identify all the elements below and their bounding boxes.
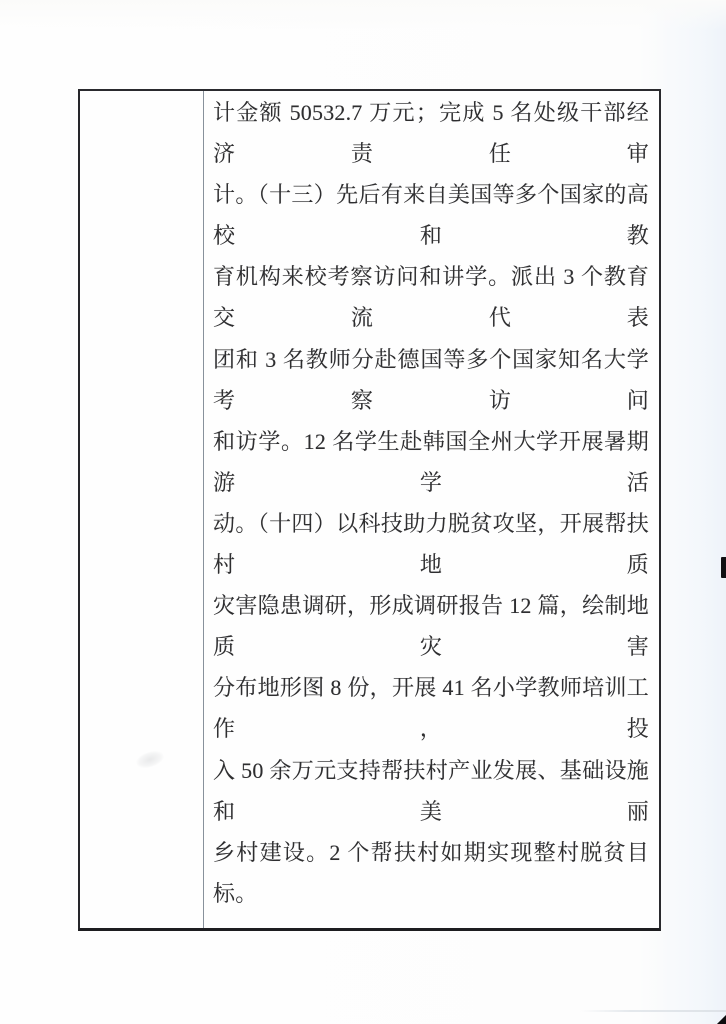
scan-edge-mark (721, 557, 726, 578)
scan-shadow-line (580, 1010, 726, 1012)
text-line: 分布地形图 8 份，开展 41 名小学教师培训工作，投 (213, 667, 649, 749)
text-line: 育机构来校考察访问和讲学。派出 3 个教育交流代表 (213, 256, 649, 338)
table-left-cell-empty (80, 91, 204, 928)
text-line: 动。（十四）以科技助力脱贫攻坚，开展帮扶村地质 (213, 503, 649, 585)
form-table: 计金额 50532.7 万元；完成 5 名处级干部经济责任审 计。（十三）先后有… (78, 89, 661, 931)
text-line: 团和 3 名教师分赴德国等多个国家知名大学考察访问 (213, 339, 649, 421)
scanned-document-page: 计金额 50532.7 万元；完成 5 名处级干部经济责任审 计。（十三）先后有… (0, 0, 726, 1024)
text-line: 和访学。12 名学生赴韩国全州大学开展暑期游学活 (213, 421, 649, 503)
text-line: 灾害隐患调研，形成调研报告 12 篇，绘制地质灾害 (213, 585, 649, 667)
text-line: 入 50 余万元支持帮扶村产业发展、基础设施和美丽 (213, 750, 649, 832)
paper-top-fade (0, 0, 726, 30)
text-line: 乡村建设。2 个帮扶村如期实现整村脱贫目标。 (213, 832, 649, 914)
text-line: 计金额 50532.7 万元；完成 5 名处级干部经济责任审 (213, 92, 649, 174)
table-content-cell: 计金额 50532.7 万元；完成 5 名处级干部经济责任审 计。（十三）先后有… (204, 91, 659, 928)
text-line: 计。（十三）先后有来自美国等多个国家的高校和教 (213, 174, 649, 256)
scan-corner-mark (715, 1013, 726, 1024)
